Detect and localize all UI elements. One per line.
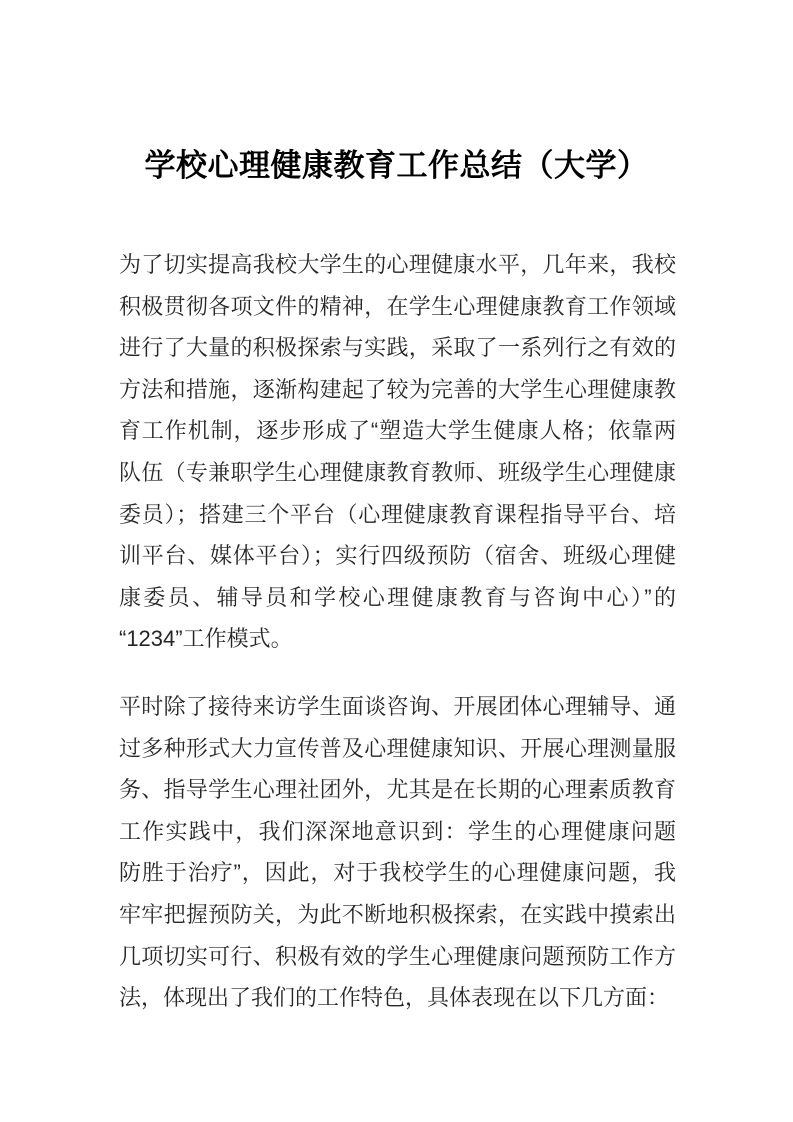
- text-line: 委员）；搭建三个平台（心理健康教育课程指导平台、培: [119, 494, 676, 536]
- text-line: 进行了大量的积极探索与实践，采取了一系列行之有效的: [119, 327, 676, 369]
- paragraph-2: 平时除了接待来访学生面谈咨询、开展团体心理辅导、通过多种形式大力宣传普及心理健康…: [119, 686, 676, 1019]
- text-line: 康委员、辅导员和学校心理健康教育与咨询中心）”的: [119, 577, 676, 619]
- text-line: 育工作机制，逐步形成了“塑造大学生健康人格；依靠两支: [119, 410, 676, 452]
- text-line: 队伍（专兼职学生心理健康教育教师、班级学生心理健康: [119, 452, 676, 494]
- text-line: 积极贯彻各项文件的精神，在学生心理健康教育工作领域: [119, 286, 676, 328]
- text-line: 防胜于治疗”，因此，对于我校学生的心理健康问题，我们: [119, 852, 676, 894]
- text-line: 平时除了接待来访学生面谈咨询、开展团体心理辅导、通: [119, 686, 676, 728]
- document-body: 为了切实提高我校大学生的心理健康水平，几年来，我校积极贯彻各项文件的精神，在学生…: [119, 244, 676, 1045]
- document-page: 学校心理健康教育工作总结（大学） 为了切实提高我校大学生的心理健康水平，几年来，…: [0, 0, 793, 1122]
- paragraph-1: 为了切实提高我校大学生的心理健康水平，几年来，我校积极贯彻各项文件的精神，在学生…: [119, 244, 676, 660]
- text-line: 法，体现出了我们的工作特色，具体表现在以下几方面：: [119, 977, 676, 1019]
- text-line: 过多种形式大力宣传普及心理健康知识、开展心理测量服: [119, 728, 676, 770]
- text-line: 牢牢把握预防关，为此不断地积极探索，在实践中摸索出: [119, 894, 676, 936]
- text-line: “1234”工作模式。: [119, 618, 676, 660]
- text-line: 几项切实可行、积极有效的学生心理健康问题预防工作方: [119, 936, 676, 978]
- text-line: 训平台、媒体平台）；实行四级预防（宿舍、班级心理健: [119, 535, 676, 577]
- text-line: 工作实践中，我们深深地意识到：学生的心理健康问题“预: [119, 811, 676, 853]
- page-title: 学校心理健康教育工作总结（大学）: [0, 144, 793, 188]
- text-line: 方法和措施，逐渐构建起了较为完善的大学生心理健康教: [119, 369, 676, 411]
- text-line: 务、指导学生心理社团外，尤其是在长期的心理素质教育: [119, 769, 676, 811]
- text-line: 为了切实提高我校大学生的心理健康水平，几年来，我校: [119, 244, 676, 286]
